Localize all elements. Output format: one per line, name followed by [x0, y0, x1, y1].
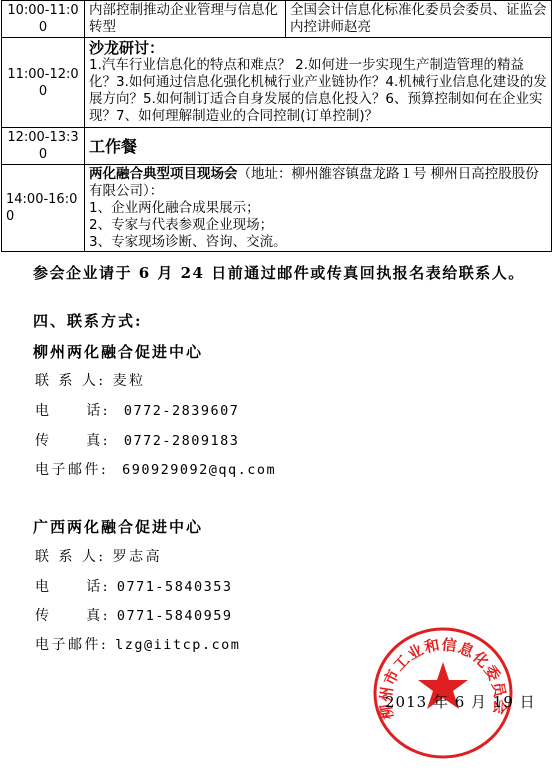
site-visit-item: 1、企业两化融合成果展示； — [89, 200, 547, 217]
schedule-row: 10:00-11:00 内部控制推动企业管理与信息化转型 全国会计信息化标准化委… — [2, 1, 552, 38]
time-cell: 11:00-12:00 — [2, 38, 85, 128]
site-visit-title: 两化融合典型项目现场会 — [89, 166, 238, 182]
phone-value: 0772-2839607 — [124, 403, 240, 419]
center-name: 柳州两化融合促进中心 — [33, 341, 203, 362]
salon-title: 沙龙研讨： — [89, 40, 547, 57]
time-cell: 10:00-11:00 — [2, 1, 85, 38]
contact-value: 麦粒 — [113, 373, 146, 389]
email-row: 电子邮件: 690929092@qq.com — [35, 459, 276, 479]
fax-label: 传 真: — [35, 433, 110, 449]
registration-note: 参会企业请于 6 月 24 日前通过邮件或传真回执报名表给联系人。 — [33, 262, 525, 283]
salon-cell: 沙龙研讨： 1.汽车行业信息化的特点和难点？ 2.如何进一步实现生产制造管理的精… — [85, 38, 552, 128]
fax-value: 0772-2809183 — [124, 433, 240, 449]
contact-heading: 四、联系方式: — [33, 310, 143, 331]
topic-cell: 内部控制推动企业管理与信息化转型 — [85, 1, 286, 38]
site-visit-item: 3、专家现场诊断、咨询、交流。 — [89, 234, 547, 251]
email-value[interactable]: lzg@iitcp.com — [115, 637, 240, 653]
fax-row: 传 真: 0772-2809183 — [35, 430, 239, 450]
schedule-row: 14:00-16:00 两化融合典型项目现场会（地址：柳州雒容镇盘龙路１号 柳州… — [2, 165, 552, 252]
site-visit-item: 2、专家与代表参观企业现场； — [89, 217, 547, 234]
contact-person-row: 联 系 人: 麦粒 — [35, 370, 146, 390]
contact-value: 罗志高 — [113, 549, 163, 565]
email-label: 电子邮件: — [35, 637, 108, 653]
speaker-cell: 全国会计信息化标准化委员会委员、证监会内控讲师赵亮 — [286, 1, 552, 38]
phone-row: 电 话: 0772-2839607 — [35, 400, 239, 420]
salon-questions: 1.汽车行业信息化的特点和难点？ 2.如何进一步实现生产制造管理的精益化？3.如… — [89, 57, 547, 125]
fax-row: 传 真: 0771-5840959 — [35, 605, 232, 625]
time-cell: 12:00-13:30 — [2, 128, 85, 165]
schedule-table: 10:00-11:00 内部控制推动企业管理与信息化转型 全国会计信息化标准化委… — [1, 0, 552, 252]
phone-value: 0771-5840353 — [117, 579, 233, 595]
schedule-row: 12:00-13:30 工作餐 — [2, 128, 552, 165]
email-label: 电子邮件: — [35, 462, 108, 478]
phone-label: 电 话: — [35, 579, 110, 595]
contact-label: 联 系 人: — [35, 549, 106, 565]
time-cell: 14:00-16:00 — [2, 165, 85, 252]
schedule-row: 11:00-12:00 沙龙研讨： 1.汽车行业信息化的特点和难点？ 2.如何进… — [2, 38, 552, 128]
phone-label: 电 话: — [35, 403, 110, 419]
site-visit-cell: 两化融合典型项目现场会（地址：柳州雒容镇盘龙路１号 柳州日高控股股份有限公司）：… — [85, 165, 552, 252]
fax-value: 0771-5840959 — [117, 608, 233, 624]
email-value[interactable]: 690929092@qq.com — [122, 462, 276, 478]
fax-label: 传 真: — [35, 608, 110, 624]
contact-label: 联 系 人: — [35, 373, 106, 389]
contact-person-row: 联 系 人: 罗志高 — [35, 546, 162, 566]
phone-row: 电 话: 0771-5840353 — [35, 576, 232, 596]
email-row: 电子邮件: lzg@iitcp.com — [35, 634, 240, 654]
signature-date: 2013 年 6 月 19 日 — [385, 691, 536, 712]
lunch-cell: 工作餐 — [85, 128, 552, 165]
center-name: 广西两化融合促进中心 — [33, 516, 203, 537]
